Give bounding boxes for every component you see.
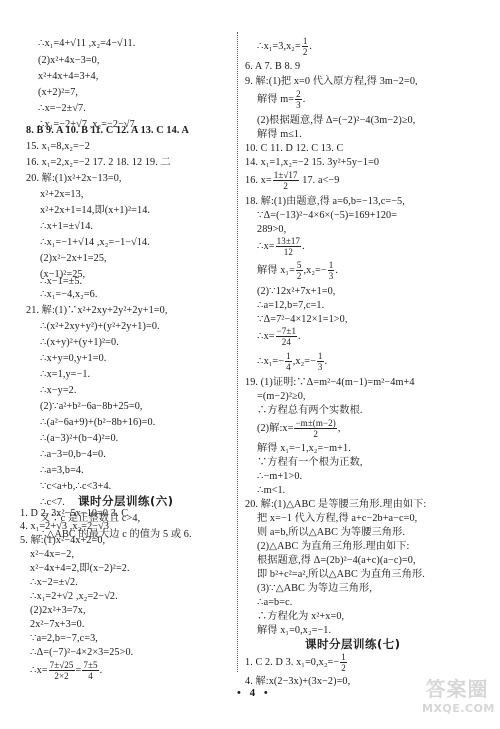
text-line: (2)△ABC 为直角三角形.理由如下: xyxy=(257,541,409,553)
fraction: 7±√252×2 xyxy=(49,660,75,681)
text-line: 根据题意,得 Δ=(2b)²−4(a+c)(a−c)=0, xyxy=(257,555,416,567)
text-line: 解得 x₁=−1,x₂=−m+1. xyxy=(257,443,351,455)
fraction-line: ∴x₁=3,x₂=12. xyxy=(257,36,312,57)
text-line: 解得 m≤1. xyxy=(257,129,302,141)
answer-line: 5. 解:(1)x²−4x+2=0, xyxy=(20,535,105,547)
text-line: 即 b²+c²=a²,所以△ABC 为直角三角形. xyxy=(257,569,425,581)
answer-line: 9. 解:(1)把 x=0 代入原方程,得 3m−2=0, xyxy=(245,76,418,88)
fraction-line: 解得 m=23. xyxy=(257,89,305,111)
fraction-line: ∴x=7±√252×2=7±54. xyxy=(30,660,102,682)
text-line: ∴m<1. xyxy=(257,485,285,497)
text-line: ∵方程有一个根为正数, xyxy=(257,457,363,469)
fraction-line: ∴x=−7±124. xyxy=(257,326,301,348)
page-number: • 4 • xyxy=(237,687,271,699)
watermark-text: 答案圈 xyxy=(422,673,492,702)
text-line: (2)根据题意,得 Δ=(−2)²−4(3m−2)≥0, xyxy=(257,115,415,127)
text-line: (2)2x²+3=7x, xyxy=(30,605,86,617)
answer-line: 6. A 7. B 8. 9 xyxy=(245,61,300,73)
section-heading: 课时分层训练(七) xyxy=(305,638,401,650)
text-line: 289>0, xyxy=(257,224,286,236)
text-line: ∴x₁=2+√2 ,x₂=2−√2. xyxy=(30,591,118,603)
section-heading: 课时分层训练(六) xyxy=(78,495,174,507)
text-line: x²−4x=−2, xyxy=(30,549,74,561)
text-line: ∴a=b=c. xyxy=(257,597,292,609)
answer-line: 1. D 2. 3x²−5x−10=0 3. C xyxy=(20,508,128,520)
answer-line: 18. 解:(1)由题意,得 a=6,b=−13,c=−5, xyxy=(245,196,405,208)
text-line: 2x²−7x+3=0. xyxy=(30,619,85,631)
text-line: ∴Δ=(−7)²−4×2×3=25>0. xyxy=(30,647,133,659)
watermark-logo: 答案圈 MXQE.COM xyxy=(422,673,492,719)
text-line: x²−4x+4=2,即(x−2)²=2. xyxy=(30,563,130,575)
answer-line: 14. x₁=1,x₂=−2 15. 3y²+5y−1=0 xyxy=(245,157,379,169)
text-line: ∴方程化为 x²+x=0, xyxy=(257,611,344,623)
answer-key-page: ∴x₁=4+√11 ,x₂=4−√11. (2)x²+4x−3=0, x²+4x… xyxy=(0,0,500,729)
text-line: ∴x−2=±√2. xyxy=(30,577,78,589)
text-line: ∵a=2,b=−7,c=3, xyxy=(30,633,98,645)
text-line: (3)∵△ABC 为等边三角形, xyxy=(257,583,372,595)
fraction-line: 解得 x₁=52,x₂=−13. xyxy=(257,260,338,282)
fraction-line: (2)解:x=−m±(m−2)2, xyxy=(257,418,340,440)
text-line: ∴−m+1>0. xyxy=(257,471,302,483)
answer-line: 4. x₁=2+√3 ,x₂=2−√3 xyxy=(20,521,109,533)
text-line: ∴a=12,b=7,c=1. xyxy=(257,300,324,312)
fraction-line: 1. C 2. D 3. x₁=0,x₂=−12 xyxy=(245,652,348,674)
text-line: ∵Δ=(−13)²−4×6×(−5)=169+120= xyxy=(257,210,397,222)
text-line: 把 x=−1 代入方程,得 a+c−2b+a−c=0, xyxy=(257,513,417,525)
left-column-section: 课时分层训练(六) 1. D 2. 3x²−5x−10=0 3. C 4. x₁… xyxy=(0,0,240,729)
text-line: 则 a=b,所以△ABC 为等腰三角形. xyxy=(257,527,405,539)
fraction-line: 16. x=1±√172 17. a<−9 xyxy=(245,170,339,192)
text-line: ∵Δ=7²−4×12×1=1>0, xyxy=(257,314,347,326)
text-line: =(m−2)²≥0, xyxy=(257,391,306,403)
text-line: (2)∵12x²+7x+1=0, xyxy=(257,286,335,298)
answer-line: 10. C 11. D 12. C 13. C xyxy=(245,143,343,155)
watermark-url: MXQE.COM xyxy=(422,702,492,715)
answer-line: 19. (1)证明:∵Δ=m²−4(m−1)=m²−4m+4 xyxy=(245,377,415,389)
text-line: ∴方程总有两个实数根. xyxy=(257,405,363,417)
answer-line: 20. 解:(1)△ABC 是等腰三角形.理由如下: xyxy=(245,499,426,511)
fraction: 7±54 xyxy=(82,660,98,681)
text-line: 解得 x₁=0,x₂=−1. xyxy=(257,625,331,637)
fraction-line: ∴x=13±1712. xyxy=(257,236,305,258)
fraction-line: ∴x₁=−14,x₂=−13. xyxy=(257,351,327,373)
